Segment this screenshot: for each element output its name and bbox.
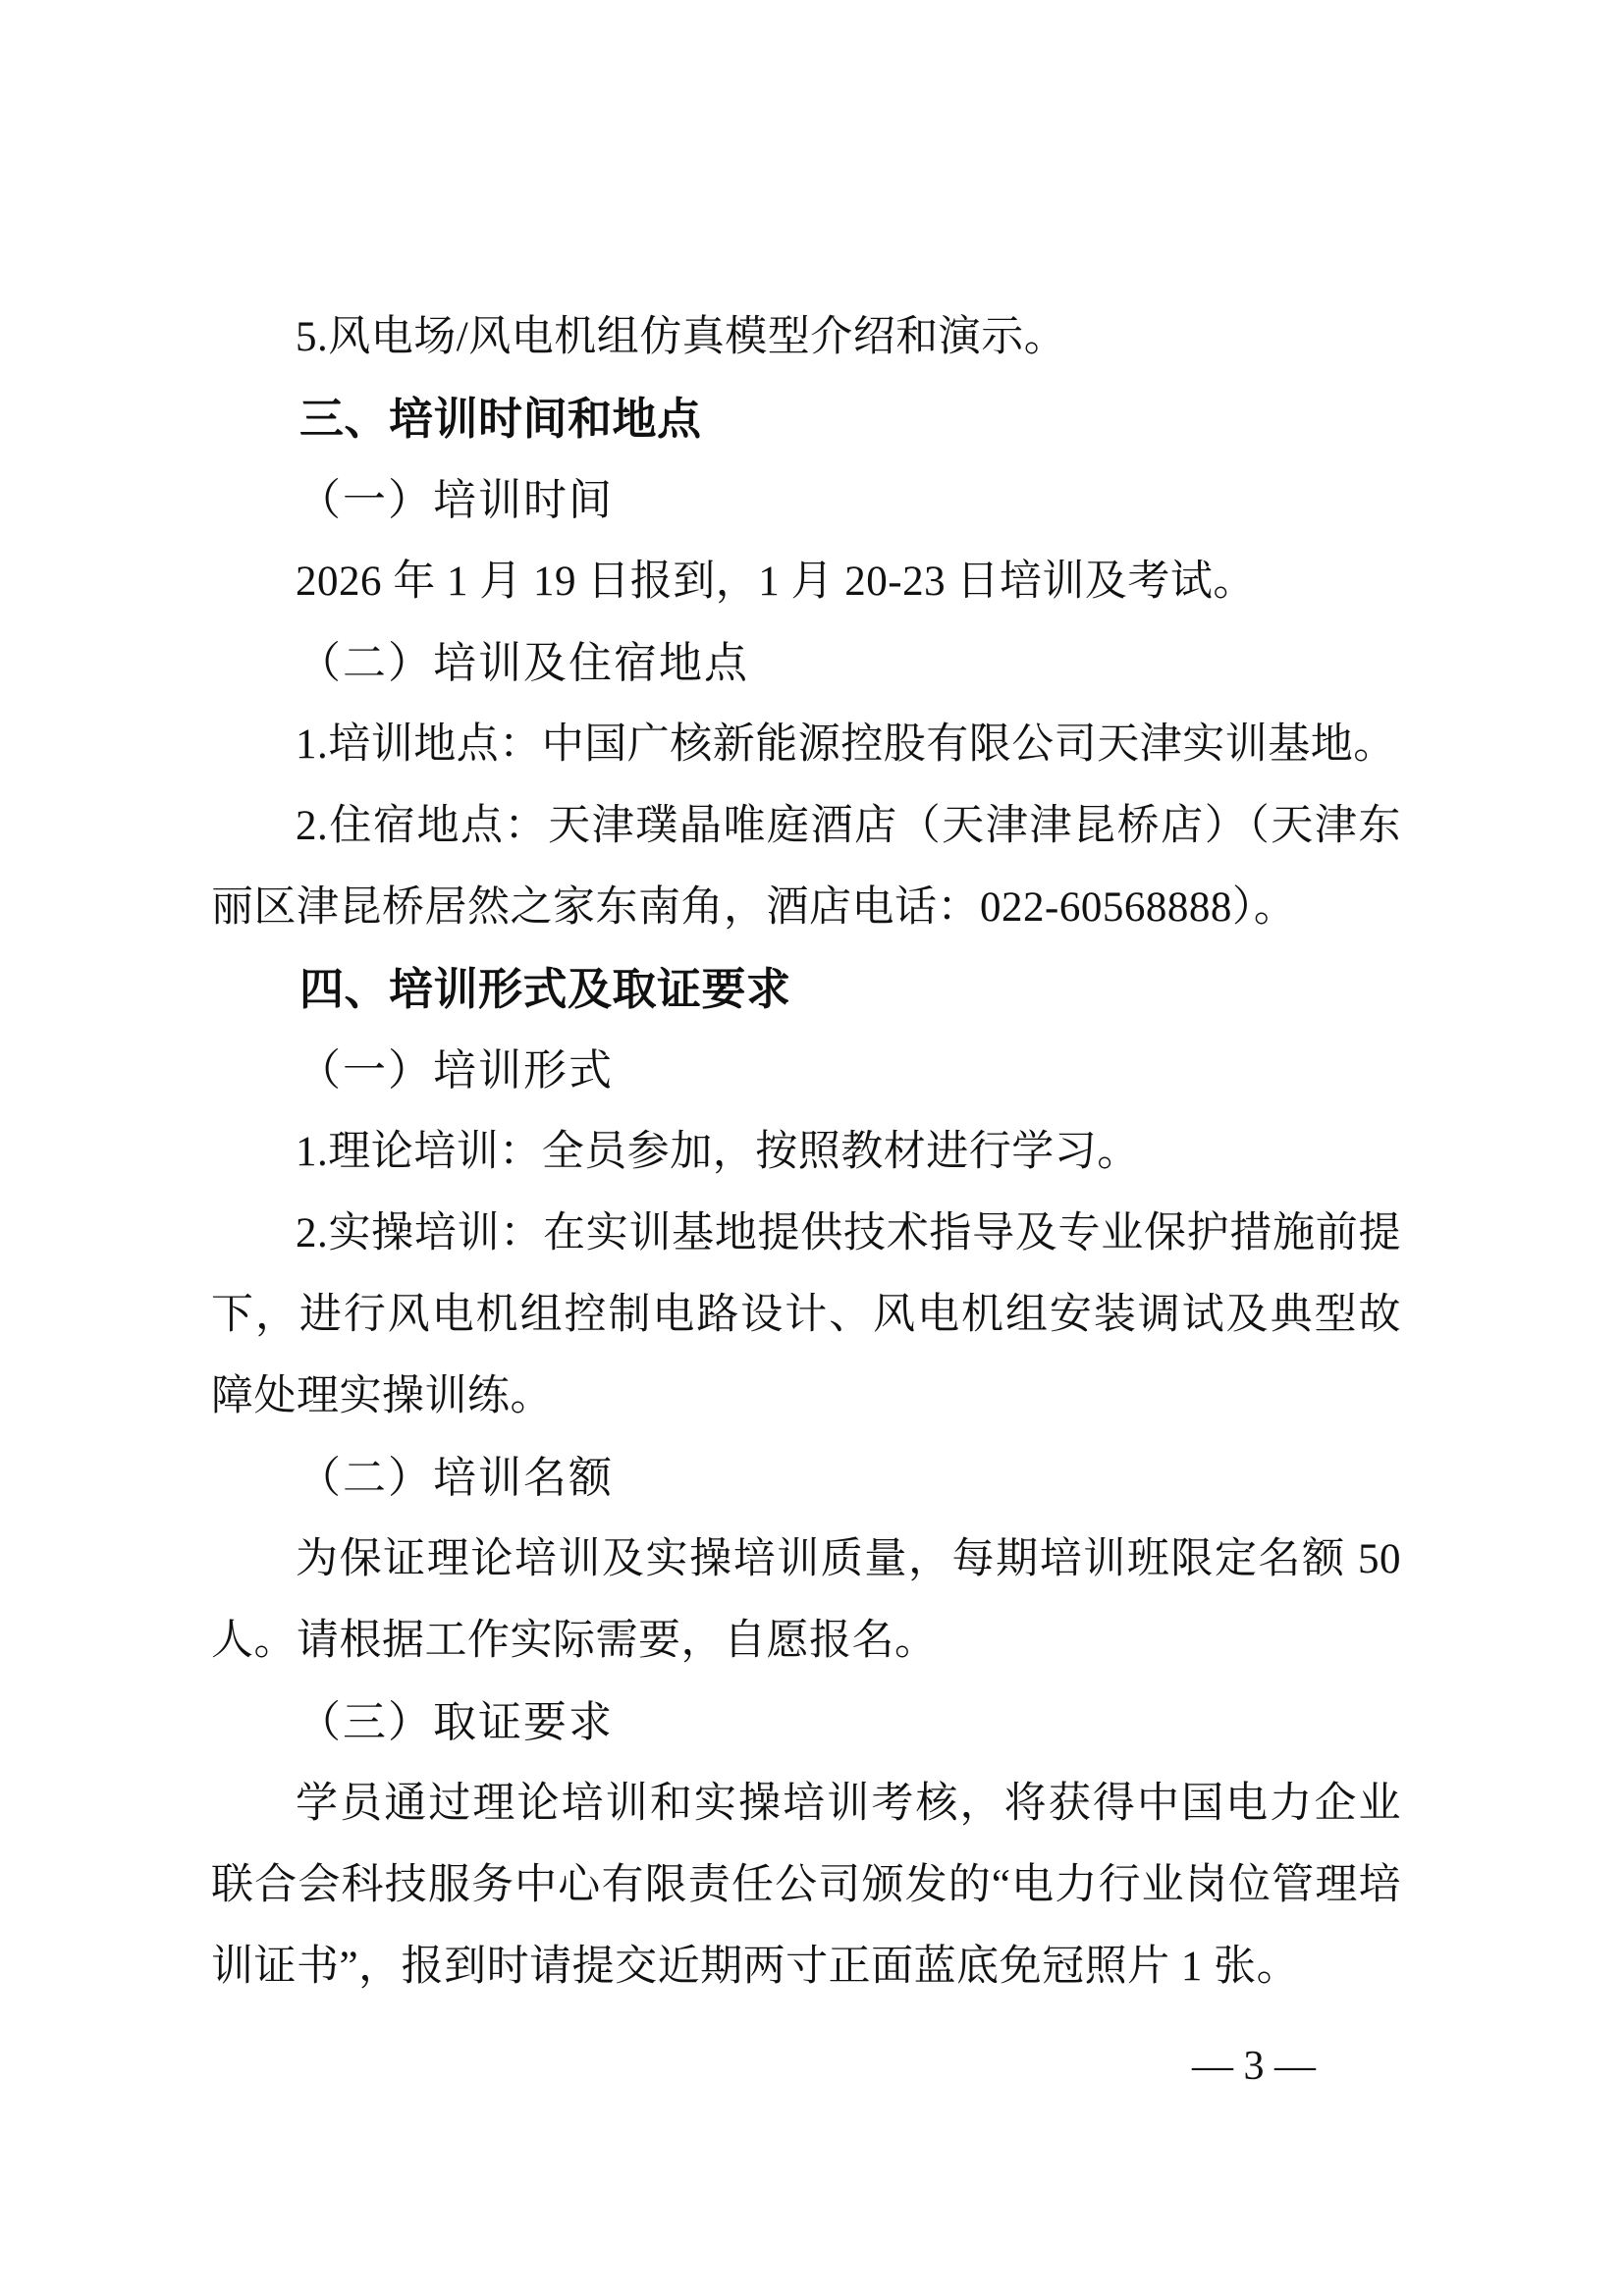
document-page: 5.风电场/风电机组仿真模型介绍和演示。 三、培训时间和地点 （一）培训时间 2… bbox=[0, 0, 1624, 2296]
body-paragraph: 2.住宿地点：天津璞晶唯庭酒店（天津津昆桥店）（天津东丽区津昆桥居然之家东南角，… bbox=[211, 785, 1401, 948]
document-content: 5.风电场/风电机组仿真模型介绍和演示。 三、培训时间和地点 （一）培训时间 2… bbox=[211, 296, 1401, 2007]
sub-section-heading: （一）培训时间 bbox=[211, 459, 1401, 541]
body-paragraph: 学员通过理论培训和实操培训考核，将获得中国电力企业联合会科技服务中心有限责任公司… bbox=[211, 1763, 1401, 2007]
section-heading: 三、培训时间和地点 bbox=[211, 378, 1401, 459]
body-paragraph: 为保证理论培训及实操培训质量，每期培训班限定名额 50 人。请根据工作实际需要，… bbox=[211, 1519, 1401, 1682]
sub-section-heading: （二）培训及住宿地点 bbox=[211, 622, 1401, 704]
body-paragraph: 1.培训地点：中国广核新能源控股有限公司天津实训基地。 bbox=[211, 704, 1401, 785]
sub-section-heading: （三）取证要求 bbox=[211, 1682, 1401, 1763]
body-paragraph: 2026 年 1 月 19 日报到，1 月 20-23 日培训及考试。 bbox=[211, 541, 1401, 622]
sub-section-heading: （一）培训形式 bbox=[211, 1030, 1401, 1111]
section-heading: 四、培训形式及取证要求 bbox=[211, 948, 1401, 1030]
sub-section-heading: （二）培训名额 bbox=[211, 1437, 1401, 1519]
body-paragraph: 5.风电场/风电机组仿真模型介绍和演示。 bbox=[211, 296, 1401, 378]
page-number: — 3 — bbox=[1192, 2044, 1316, 2089]
body-paragraph: 2.实操培训：在实训基地提供技术指导及专业保护措施前提下，进行风电机组控制电路设… bbox=[211, 1193, 1401, 1437]
body-paragraph: 1.理论培训：全员参加，按照教材进行学习。 bbox=[211, 1111, 1401, 1193]
